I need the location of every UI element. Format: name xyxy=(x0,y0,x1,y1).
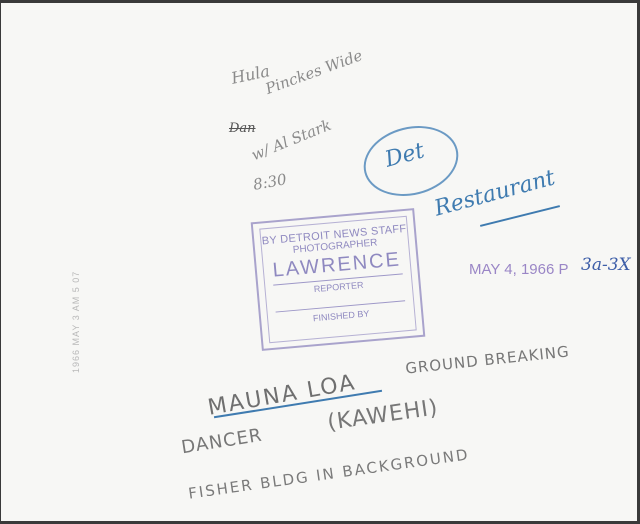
caption-dancer: DANCER xyxy=(180,425,264,459)
stamp-finished: FINISHED BY xyxy=(268,305,414,328)
caption-fisher-bldg: FISHER BLDG IN BACKGROUND xyxy=(187,445,470,502)
note-time: 8:30 xyxy=(252,170,288,194)
note-pinckes: Pinckes Wide xyxy=(263,46,365,98)
note-crossed-out: Dan xyxy=(229,121,256,136)
received-stamp: 1966 MAY 3 AM 5 07 xyxy=(71,271,81,373)
date-stamp: MAY 4, 1966 P xyxy=(469,261,569,278)
page-ref: 3a-3X xyxy=(581,255,631,275)
note-al-stark: w/ Al Stark xyxy=(249,116,334,164)
caption-kawehi: (KAWEHI) xyxy=(326,395,440,435)
caption-ground-breaking: GROUND BREAKING xyxy=(405,342,571,377)
staff-stamp: BY DETROIT NEWS STAFF PHOTOGRAPHER LAWRE… xyxy=(251,208,426,351)
photo-back: Hula Pinckes Wide Dan w/ Al Stark 8:30 D… xyxy=(1,3,637,521)
underline-restaurant xyxy=(480,205,560,227)
